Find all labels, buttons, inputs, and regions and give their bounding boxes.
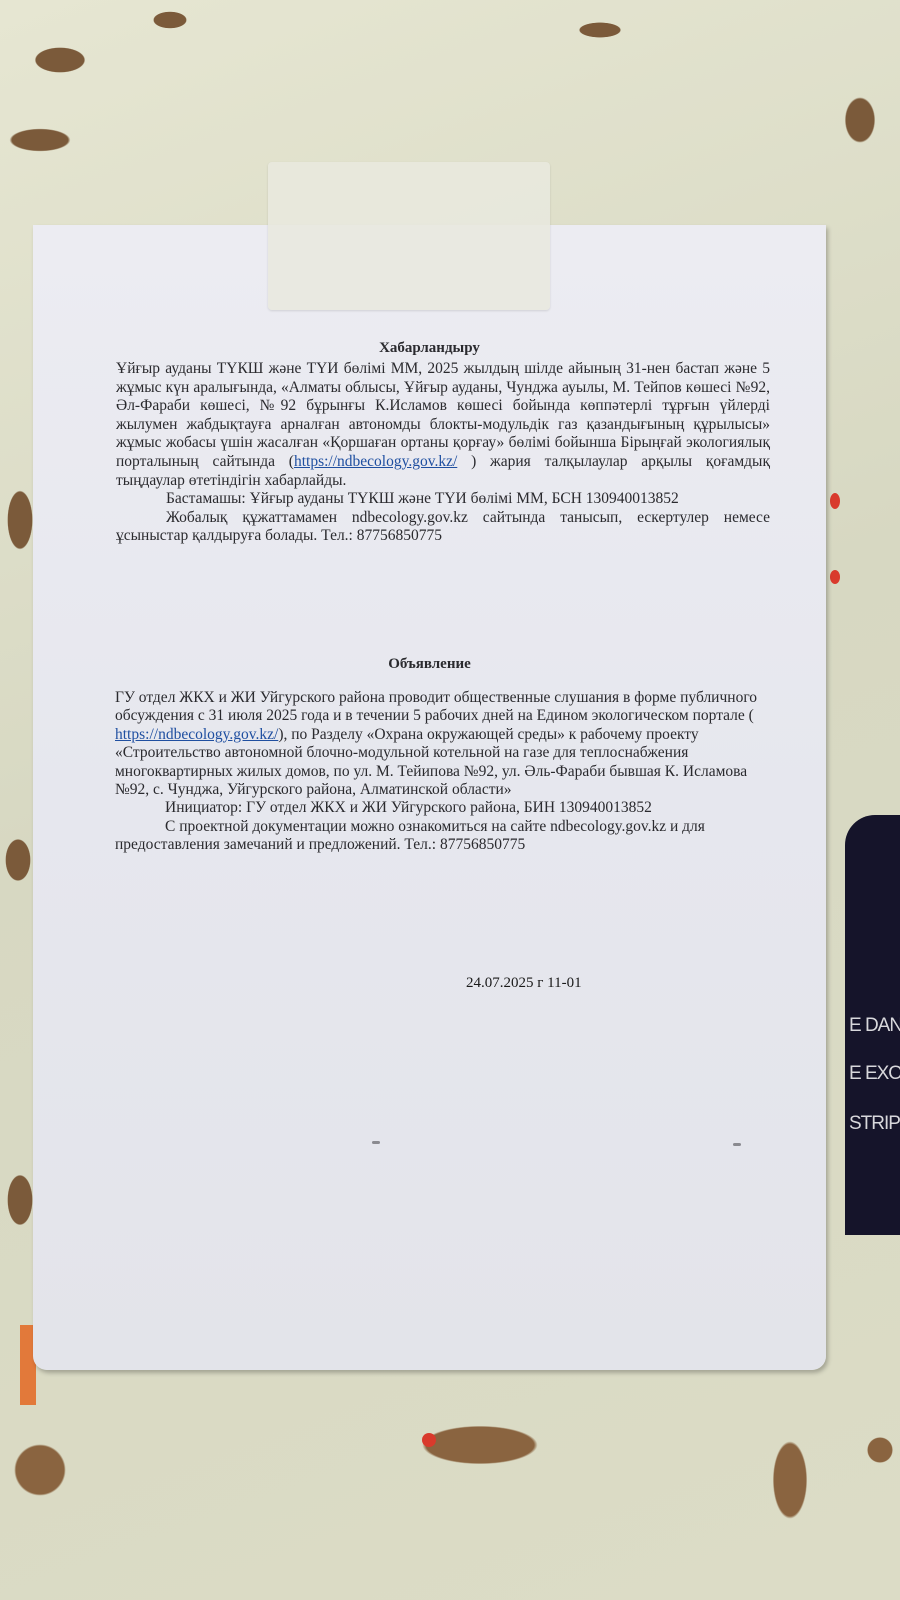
kazakh-notice-body: Ұйғыр ауданы ТҮКШ және ТҮИ бөлімі ММ, 20…: [116, 360, 770, 546]
adhesive-tape: [268, 162, 550, 310]
paper-mark: [733, 1143, 741, 1146]
poster-line: E DAN: [849, 1015, 900, 1037]
russian-notice-body: ГУ отдел ЖКХ и ЖИ Уйгурского района пров…: [115, 689, 775, 855]
kazakh-portal-link[interactable]: https://ndbecology.gov.kz/: [294, 453, 457, 470]
russian-notice-initiator: Инициатор: ГУ отдел ЖКХ и ЖИ Уйгурского …: [115, 799, 775, 817]
poster-line: STRIP: [849, 1113, 900, 1135]
russian-notice-paragraph: ГУ отдел ЖКХ и ЖИ Уйгурского района пров…: [115, 689, 775, 799]
kazakh-notice-initiator: Бастамашы: Ұйғыр ауданы ТҮКШ және ТҮИ бө…: [116, 490, 770, 509]
red-paint-spot: [422, 1433, 436, 1447]
red-paint-spot: [830, 570, 840, 584]
russian-portal-link[interactable]: https://ndbecology.gov.kz/: [115, 726, 278, 743]
russian-notice-title: Объявление: [33, 656, 826, 673]
date-stamp: 24.07.2025 г 11-01: [466, 975, 582, 992]
poster-line: E EXO: [849, 1063, 900, 1085]
kazakh-notice-paragraph: Ұйғыр ауданы ТҮКШ және ТҮИ бөлімі ММ, 20…: [116, 360, 770, 490]
red-paint-spot: [830, 493, 840, 509]
kazakh-notice-title: Хабарландыру: [33, 340, 826, 357]
russian-notice-documentation: С проектной документации можно ознакомит…: [115, 818, 775, 855]
kazakh-notice-documentation: Жобалық құжаттамамен ndbecology.gov.kz с…: [116, 509, 770, 546]
paper-mark: [372, 1141, 380, 1144]
background-poster: E DAN E EXO STRIP: [845, 815, 900, 1235]
